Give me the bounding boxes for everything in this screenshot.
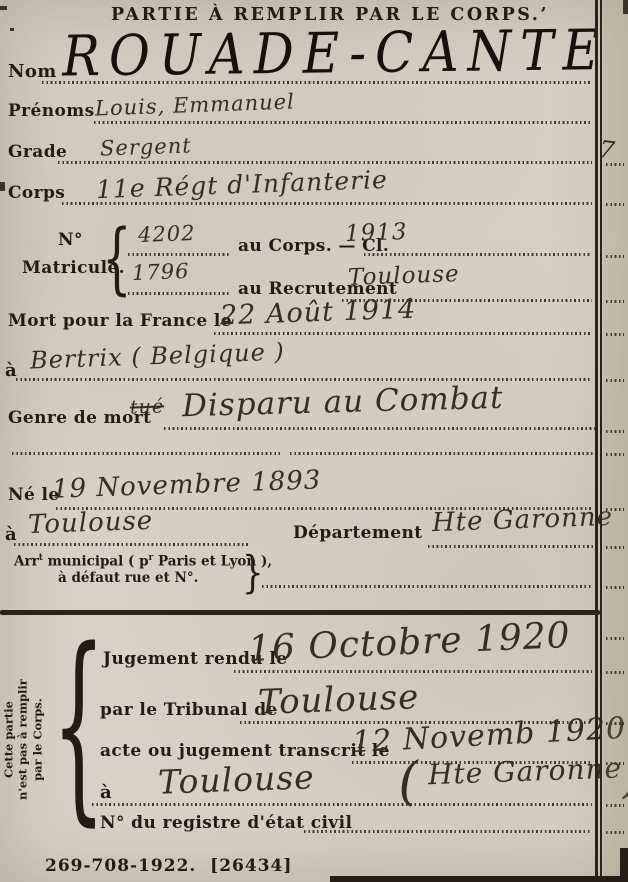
nom-dotted-line	[42, 81, 592, 84]
jugement-brace: {	[52, 622, 105, 827]
empty-dotted-line-b	[290, 452, 597, 455]
genre-mort-dotted	[164, 427, 597, 430]
matricule-recrutement-dotted	[128, 292, 230, 295]
sidebar-note: Cette partie n'est pas à remplir par le …	[1, 655, 44, 825]
margin-tick	[606, 804, 624, 807]
departement-label: Département	[293, 523, 423, 543]
transcrit-lieu-value: Toulouse	[157, 757, 315, 801]
grade-dotted-line	[58, 161, 592, 164]
footer-imprint: 269-708-1922. [26434]	[45, 856, 292, 876]
margin-tick	[606, 508, 624, 511]
arr-municipal-label: Arrt municipal ( pr Paris et Lyon ),	[14, 553, 272, 570]
registre-dotted	[304, 830, 592, 833]
transcrit-label: acte ou jugement transcrit le	[100, 741, 390, 761]
margin-tick	[606, 762, 624, 765]
margin-tick	[606, 333, 624, 336]
margin-tick	[606, 586, 624, 589]
genre-mort-raye: tué	[130, 395, 165, 418]
ink-speck	[0, 182, 5, 191]
matricule-corps-dotted	[128, 253, 230, 256]
ink-speck	[10, 28, 14, 31]
transcrit-lieu-dotted	[92, 803, 592, 806]
mort-dotted-line	[214, 332, 592, 335]
corps-value: 11e Régt d'Infanterie	[96, 165, 389, 204]
sidebar-note-line2: n'est pas à remplir	[16, 679, 30, 800]
matricule-numero-recrutement: 1796	[132, 259, 190, 285]
jugement-rendu-dotted	[234, 670, 592, 673]
margin-tick	[606, 203, 624, 206]
departement-dotted	[428, 545, 597, 548]
deces-lieu-value: Bertrix ( Belgique )	[30, 338, 286, 375]
margin-tick	[606, 671, 624, 674]
jugement-rendu-date: 16 Octobre 1920	[247, 615, 571, 670]
grade-value: Sergent	[100, 133, 192, 160]
tribunal-value: Toulouse	[257, 677, 420, 723]
matricule-label-line1: N°	[58, 230, 83, 250]
footer-reference: [26434]	[210, 856, 292, 876]
margin-tick	[606, 637, 624, 640]
corps-dotted-line	[62, 202, 592, 205]
matricule-classe: 1913	[345, 219, 408, 247]
arr-municipal-label-line2: à défaut rue et N°.	[58, 570, 198, 586]
grade-label: Grade	[8, 142, 67, 162]
right-rule-inner	[595, 0, 598, 882]
deces-lieu-dotted	[16, 378, 592, 381]
mort-date-value: 22 Août 1914	[220, 294, 417, 332]
ink-speck	[0, 6, 7, 10]
tribunal-label: par le Tribunal de	[100, 700, 278, 720]
corps-label: Corps	[8, 183, 65, 203]
scan-bottom-edge	[330, 876, 628, 882]
scan-edge-mark	[623, 0, 628, 14]
naissance-lieu-dotted	[14, 543, 250, 546]
margin-tick	[606, 546, 624, 549]
right-rule-outer	[600, 0, 602, 882]
surname-stamp: ROUADE-CANTE	[62, 18, 608, 89]
naissance-lieu-label: à	[5, 524, 17, 545]
margin-tick	[606, 722, 624, 725]
prenoms-value: Louis, Emmanuel	[95, 90, 296, 121]
genre-mort-value: Disparu au Combat	[182, 380, 504, 424]
ne-date-value: 19 Novembre 1893	[52, 465, 322, 504]
naissance-lieu-value: Toulouse	[28, 506, 154, 540]
departement-value: Hte Garonne	[432, 502, 614, 538]
matricule-numero-corps: 4202	[138, 221, 196, 247]
arr-dotted-line	[262, 585, 592, 588]
matricule-classe-dotted	[364, 253, 592, 256]
scan-corner-edge	[620, 848, 628, 882]
margin-tick	[606, 163, 624, 166]
prenoms-dotted-line	[94, 121, 592, 124]
margin-tick	[606, 379, 624, 382]
margin-tick	[606, 430, 624, 433]
sidebar-note-line3: par le Corps.	[30, 698, 44, 781]
prenoms-label: Prénoms	[8, 101, 95, 121]
matricule-recrutement-value: Toulouse	[348, 261, 460, 291]
margin-tick	[606, 255, 624, 258]
empty-dotted-line-a	[12, 452, 280, 455]
arr-brace: }	[242, 551, 264, 595]
nom-label: Nom	[8, 61, 57, 82]
margin-tick	[606, 300, 624, 303]
sidebar-note-line1: Cette partie	[1, 701, 15, 778]
transcrit-departement: ( Hte Garonne)	[397, 744, 628, 812]
margin-tick	[606, 453, 624, 456]
transcrit-lieu-label: à	[100, 782, 112, 803]
right-margin-band	[603, 0, 628, 882]
mort-label: Mort pour la France le	[8, 311, 232, 331]
matricule-brace: {	[102, 220, 132, 298]
margin-tick	[606, 831, 624, 834]
death-record-card: PARTIE À REMPLIR PAR LE CORPS.’ ROUADE-C…	[0, 0, 628, 882]
